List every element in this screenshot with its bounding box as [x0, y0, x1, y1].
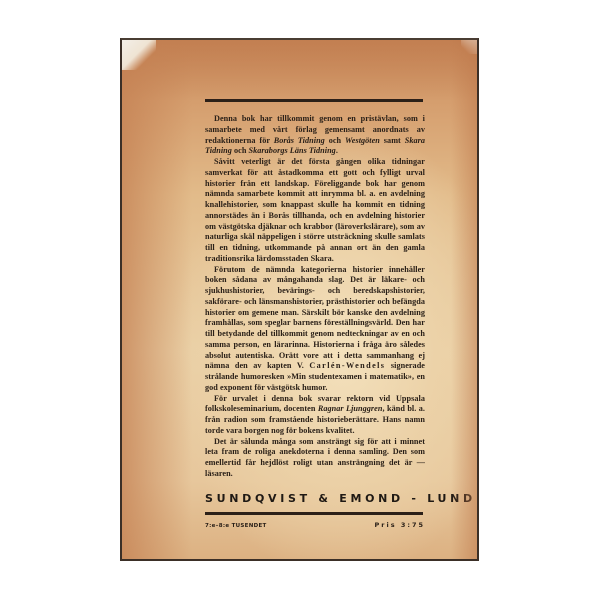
worn-corner: [461, 40, 477, 54]
text-segment: och: [325, 136, 345, 145]
publisher-imprint: SUNDQVIST & EMOND - LUND: [205, 492, 425, 505]
italic-name: Ragnar Ljunggren: [318, 404, 383, 413]
footer: 7:e–8:e TUSENDET Pris 3:75: [205, 521, 425, 529]
text-segment: Förutom de nämnda kategorierna historier…: [205, 265, 425, 371]
aged-edge-shading: [122, 40, 192, 559]
blurb-paragraph: Förutom de nämnda kategorierna historier…: [205, 265, 425, 394]
text-segment: Såvitt veterligt är det första gången ol…: [205, 157, 425, 263]
paper-stain: [222, 558, 243, 561]
text-segment: samt: [380, 136, 405, 145]
italic-name: Westgöten: [345, 136, 380, 145]
price-label: Pris 3:75: [375, 521, 426, 529]
blurb-paragraph: För urvalet i denna bok svarar rektorn v…: [205, 394, 425, 437]
text-segment: .: [336, 146, 338, 155]
blurb-paragraph: Såvitt veterligt är det första gången ol…: [205, 157, 425, 265]
edition-label: 7:e–8:e TUSENDET: [205, 523, 267, 529]
text-segment: Det är sålunda många som ansträngt sig f…: [205, 437, 425, 478]
blurb-text: Denna bok har tillkommit genom en pristä…: [205, 114, 425, 480]
italic-name: Borås Tidning: [274, 136, 325, 145]
cover-text-block: Denna bok har tillkommit genom en pristä…: [205, 99, 425, 529]
top-rule: [205, 99, 423, 102]
blurb-paragraph: Det är sålunda många som ansträngt sig f…: [205, 437, 425, 480]
italic-name: Skaraborgs Läns Tidning: [249, 146, 336, 155]
book-back-cover: Denna bok har tillkommit genom en pristä…: [120, 38, 479, 561]
bottom-rule: [205, 512, 423, 515]
text-segment: och: [232, 146, 249, 155]
blurb-paragraph: Denna bok har tillkommit genom en pristä…: [205, 114, 425, 157]
text-segment: Carlén-Wendels: [309, 361, 385, 370]
worn-corner: [122, 40, 156, 70]
